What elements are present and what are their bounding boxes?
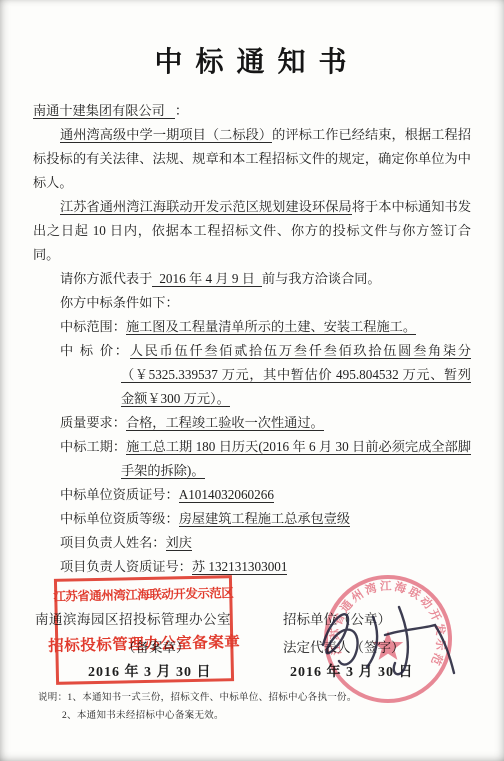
condition-grade-value: 房屋建筑工程施工总承包壹级 — [179, 511, 350, 527]
meeting-pre-text: 请你方派代表于 — [60, 271, 152, 286]
recipient-colon: ： — [175, 103, 188, 118]
meeting-date: 2016 年 4 月 9 日 — [152, 271, 262, 287]
condition-quality: 质量要求：合格，工程竣工验收一次性通过。 — [33, 411, 471, 435]
condition-scope-value: 施工图及工程量清单所示的土建、安装工程施工。 — [126, 319, 416, 335]
condition-manager-name: 项目负责人姓名：刘庆 — [33, 531, 471, 555]
paragraph-meeting: 请你方派代表于2016 年 4 月 9 日前与我方洽谈合同。 — [33, 267, 471, 291]
condition-grade-label: 中标单位资质等级： — [60, 511, 179, 526]
meeting-post-text: 前与我方洽谈合同。 — [262, 271, 381, 286]
condition-manager-name-value: 刘庆 — [166, 535, 192, 551]
recipient-line: 南通十建集团有限公司： — [33, 99, 471, 123]
condition-scope-label: 中标范围： — [60, 319, 126, 334]
condition-manager-name-label: 项目负责人姓名： — [60, 535, 166, 550]
condition-quality-label: 质量要求： — [60, 415, 126, 430]
paragraph-contract: 江苏省通州湾江海联动开发示范区规划建设环保局将于本中标通知书发出之日起 10 日… — [33, 195, 471, 267]
document-body: 南通十建集团有限公司： 通州湾高级中学一期项目（二标段）的评标工作已经结束，根据… — [33, 99, 471, 579]
recipient-name: 南通十建集团有限公司 — [33, 103, 175, 119]
rect-stamp-line1: 江苏省通州湾江海联动开发示范区 — [53, 583, 233, 605]
condition-scope: 中标范围：施工图及工程量清单所示的土建、安装工程施工。 — [33, 315, 471, 339]
rectangular-filing-stamp: 江苏省通州湾江海联动开发示范区 招标投标管理办公室备案章 — [54, 575, 234, 685]
conditions-intro: 你方中标条件如下： — [33, 291, 471, 315]
rect-stamp-line2: 招标投标管理办公室备案章 — [48, 630, 240, 656]
condition-duration-label: 中标工期： — [60, 439, 126, 454]
condition-duration: 中标工期：施工总工期 180 日历天(2016 年 6 月 30 日前必须完成全… — [33, 435, 471, 483]
condition-quality-value: 合格，工程竣工验收一次性通过。 — [126, 415, 324, 431]
condition-price-label: 中 标 价： — [60, 343, 130, 358]
condition-license-no-label: 中标单位资质证号： — [60, 487, 179, 502]
condition-grade: 中标单位资质等级：房屋建筑工程施工总承包壹级 — [33, 507, 471, 531]
award-notice-page: 中 标 通 知 书 南通十建集团有限公司： 通州湾高级中学一期项目（二标段）的评… — [0, 0, 504, 761]
signature-strokes — [323, 607, 454, 674]
tendering-authority-name: 江苏省通州湾江海联动开发示范区规划建设环保局 — [60, 199, 352, 215]
condition-price: 中 标 价：人民币伍仟叁佰贰拾伍万叁仟叁佰玖拾伍圆叁角柒分（￥5325.3395… — [33, 339, 471, 411]
condition-license-no: 中标单位资质证号：A1014032060266 — [33, 483, 471, 507]
footer-note-2: 2、本通知书未经招标中心备案无效。 — [62, 707, 224, 721]
legal-representative-signature — [295, 583, 471, 685]
project-name: 通州湾高级中学一期项目（二标段） — [60, 127, 272, 143]
condition-license-no-value: A1014032060266 — [179, 487, 274, 503]
paragraph-evaluation: 通州湾高级中学一期项目（二标段）的评标工作已经结束，根据工程招标投标的有关法律、… — [33, 123, 471, 195]
footer-note-1: 说明：1、本通知书一式三份，招标文件、中标单位、招标中心各执一份。 — [38, 689, 357, 703]
document-title: 中 标 通 知 书 — [0, 40, 504, 80]
condition-price-value: 人民币伍仟叁佰贰拾伍万叁仟叁佰玖拾伍圆叁角柒分（￥5325.339537 万元，… — [121, 343, 471, 407]
condition-manager-cert-label: 项目负责人资质证号： — [60, 559, 192, 574]
condition-duration-value: 施工总工期 180 日历天(2016 年 6 月 30 日前必须完成全部脚手架的… — [121, 439, 471, 479]
condition-manager-cert-value: 苏 132131303001 — [192, 559, 288, 575]
